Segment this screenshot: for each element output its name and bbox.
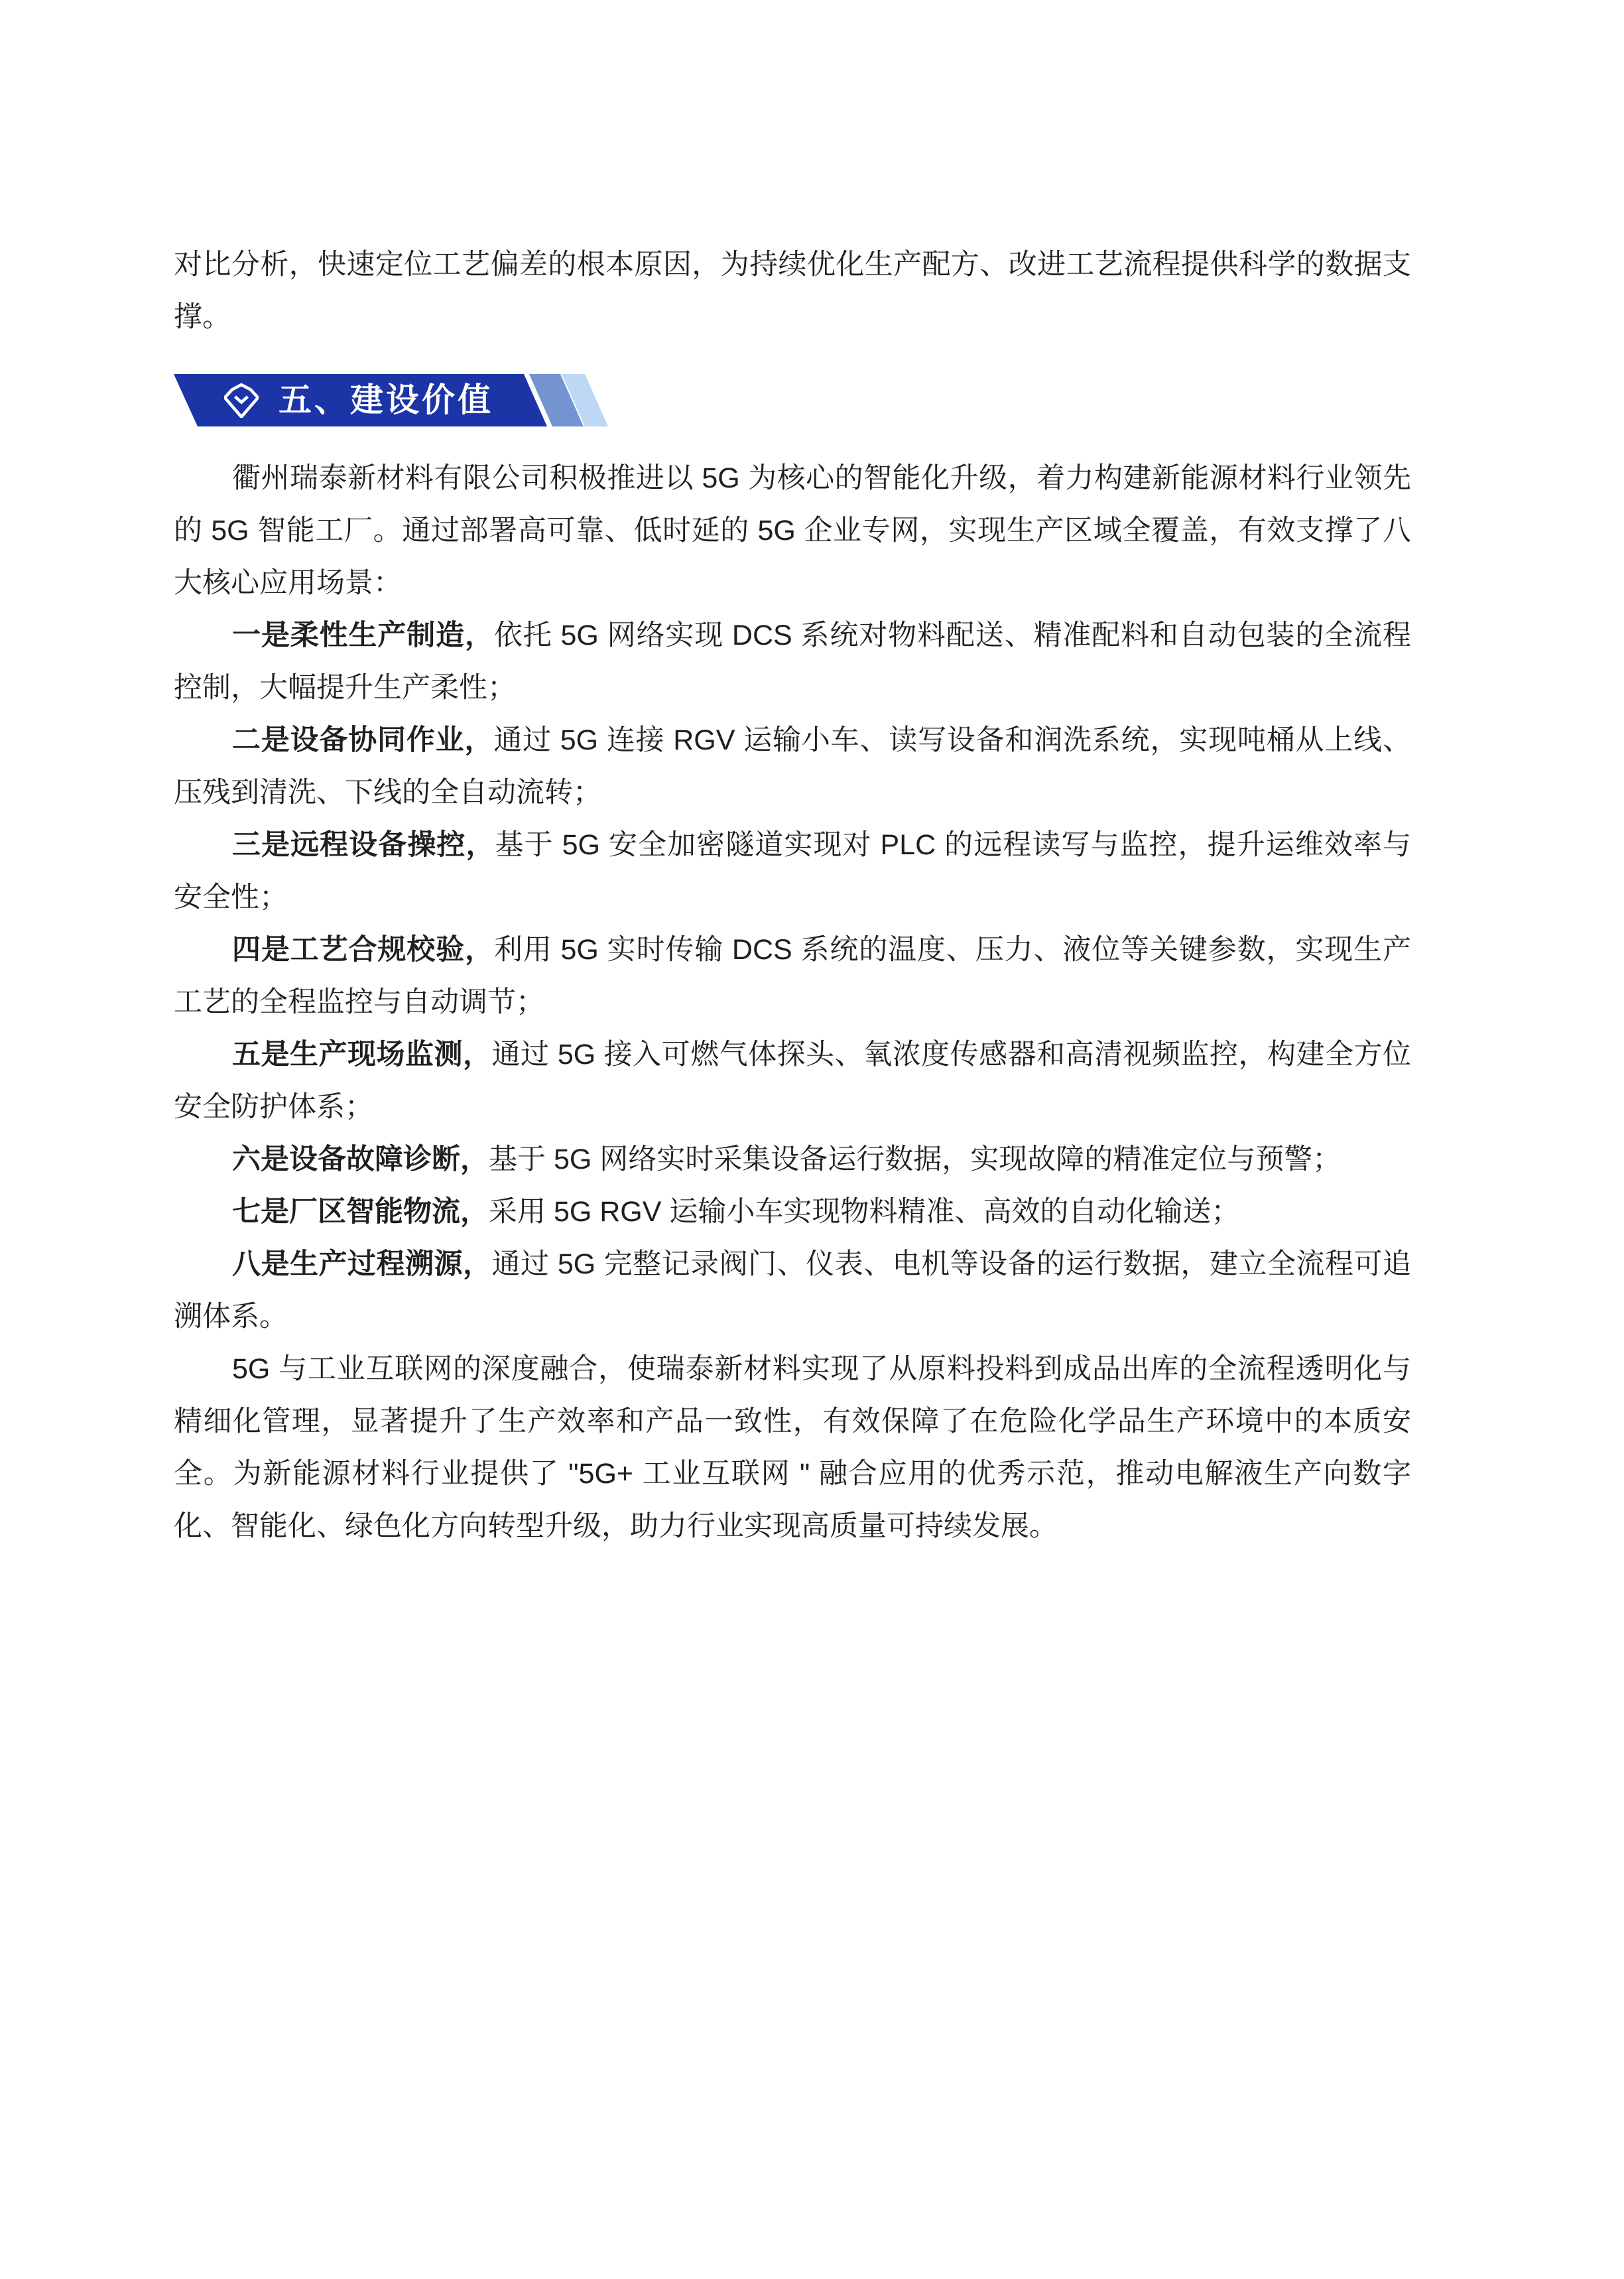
paragraph: 五是生产现场监测，通过 5G 接入可燃气体探头、氧浓度传感器和高清视频监控，构建…: [174, 1029, 1411, 1134]
paragraph: 六是设备故障诊断，基于 5G 网络实时采集设备运行数据，实现故障的精准定位与预警…: [174, 1134, 1411, 1186]
paragraph-bold-lead: 五是生产现场监测，: [232, 1039, 491, 1071]
paragraph-text: 衢州瑞泰新材料有限公司积极推进以 5G 为核心的智能化升级，着力构建新能源材料行…: [174, 462, 1411, 599]
paragraph-bold-lead: 二是设备协同作业，: [232, 724, 493, 756]
paragraph-text: 采用 5G RGV 运输小车实现物料精准、高效的自动化输送；: [489, 1196, 1239, 1228]
paragraph-text: 对比分析，快速定位工艺偏差的根本原因，为持续优化生产配方、改进工艺流程提供科学的…: [174, 249, 1411, 333]
paragraph: 四是工艺合规校验，利用 5G 实时传输 DCS 系统的温度、压力、液位等关键参数…: [174, 924, 1411, 1029]
paragraph-bold-lead: 三是远程设备操控，: [232, 829, 495, 861]
paragraph-bold-lead: 八是生产过程溯源，: [232, 1248, 491, 1280]
paragraph: 5G 与工业互联网的深度融合，使瑞泰新材料实现了从原料投料到成品出库的全流程透明…: [174, 1343, 1411, 1553]
paragraph: 一是柔性生产制造，依托 5G 网络实现 DCS 系统对物料配送、精准配料和自动包…: [174, 610, 1411, 714]
paragraph: 三是远程设备操控，基于 5G 安全加密隧道实现对 PLC 的远程读写与监控，提升…: [174, 819, 1411, 924]
paragraph-bold-lead: 四是工艺合规校验，: [232, 934, 494, 966]
paragraph: 七是厂区智能物流，采用 5G RGV 运输小车实现物料精准、高效的自动化输送；: [174, 1186, 1411, 1238]
paragraph-group-main: 衢州瑞泰新材料有限公司积极推进以 5G 为核心的智能化升级，着力构建新能源材料行…: [174, 452, 1411, 1553]
paragraph: 衢州瑞泰新材料有限公司积极推进以 5G 为核心的智能化升级，着力构建新能源材料行…: [174, 452, 1411, 610]
paragraph: 对比分析，快速定位工艺偏差的根本原因，为持续优化生产配方、改进工艺流程提供科学的…: [174, 239, 1411, 344]
section-banner: 五、建设价值: [174, 374, 1411, 426]
document-content: 对比分析，快速定位工艺偏差的根本原因，为持续优化生产配方、改进工艺流程提供科学的…: [174, 239, 1411, 1553]
paragraph-text: 基于 5G 网络实时采集设备运行数据，实现故障的精准定位与预警；: [489, 1143, 1341, 1175]
paragraph-bold-lead: 七是厂区智能物流，: [232, 1196, 489, 1228]
gem-check-icon: [224, 383, 259, 418]
paragraph: 八是生产过程溯源，通过 5G 完整记录阀门、仪表、电机等设备的运行数据，建立全流…: [174, 1238, 1411, 1343]
document-page: 对比分析，快速定位工艺偏差的根本原因，为持续优化生产配方、改进工艺流程提供科学的…: [0, 0, 1624, 2279]
paragraph-bold-lead: 六是设备故障诊断，: [232, 1143, 489, 1175]
paragraph: 二是设备协同作业，通过 5G 连接 RGV 运输小车、读写设备和润洗系统，实现吨…: [174, 714, 1411, 819]
paragraph-text: 5G 与工业互联网的深度融合，使瑞泰新材料实现了从原料投料到成品出库的全流程透明…: [174, 1353, 1411, 1542]
paragraph-bold-lead: 一是柔性生产制造，: [232, 619, 494, 651]
paragraph-group-top: 对比分析，快速定位工艺偏差的根本原因，为持续优化生产配方、改进工艺流程提供科学的…: [174, 239, 1411, 344]
section-title: 五、建设价值: [279, 374, 493, 426]
